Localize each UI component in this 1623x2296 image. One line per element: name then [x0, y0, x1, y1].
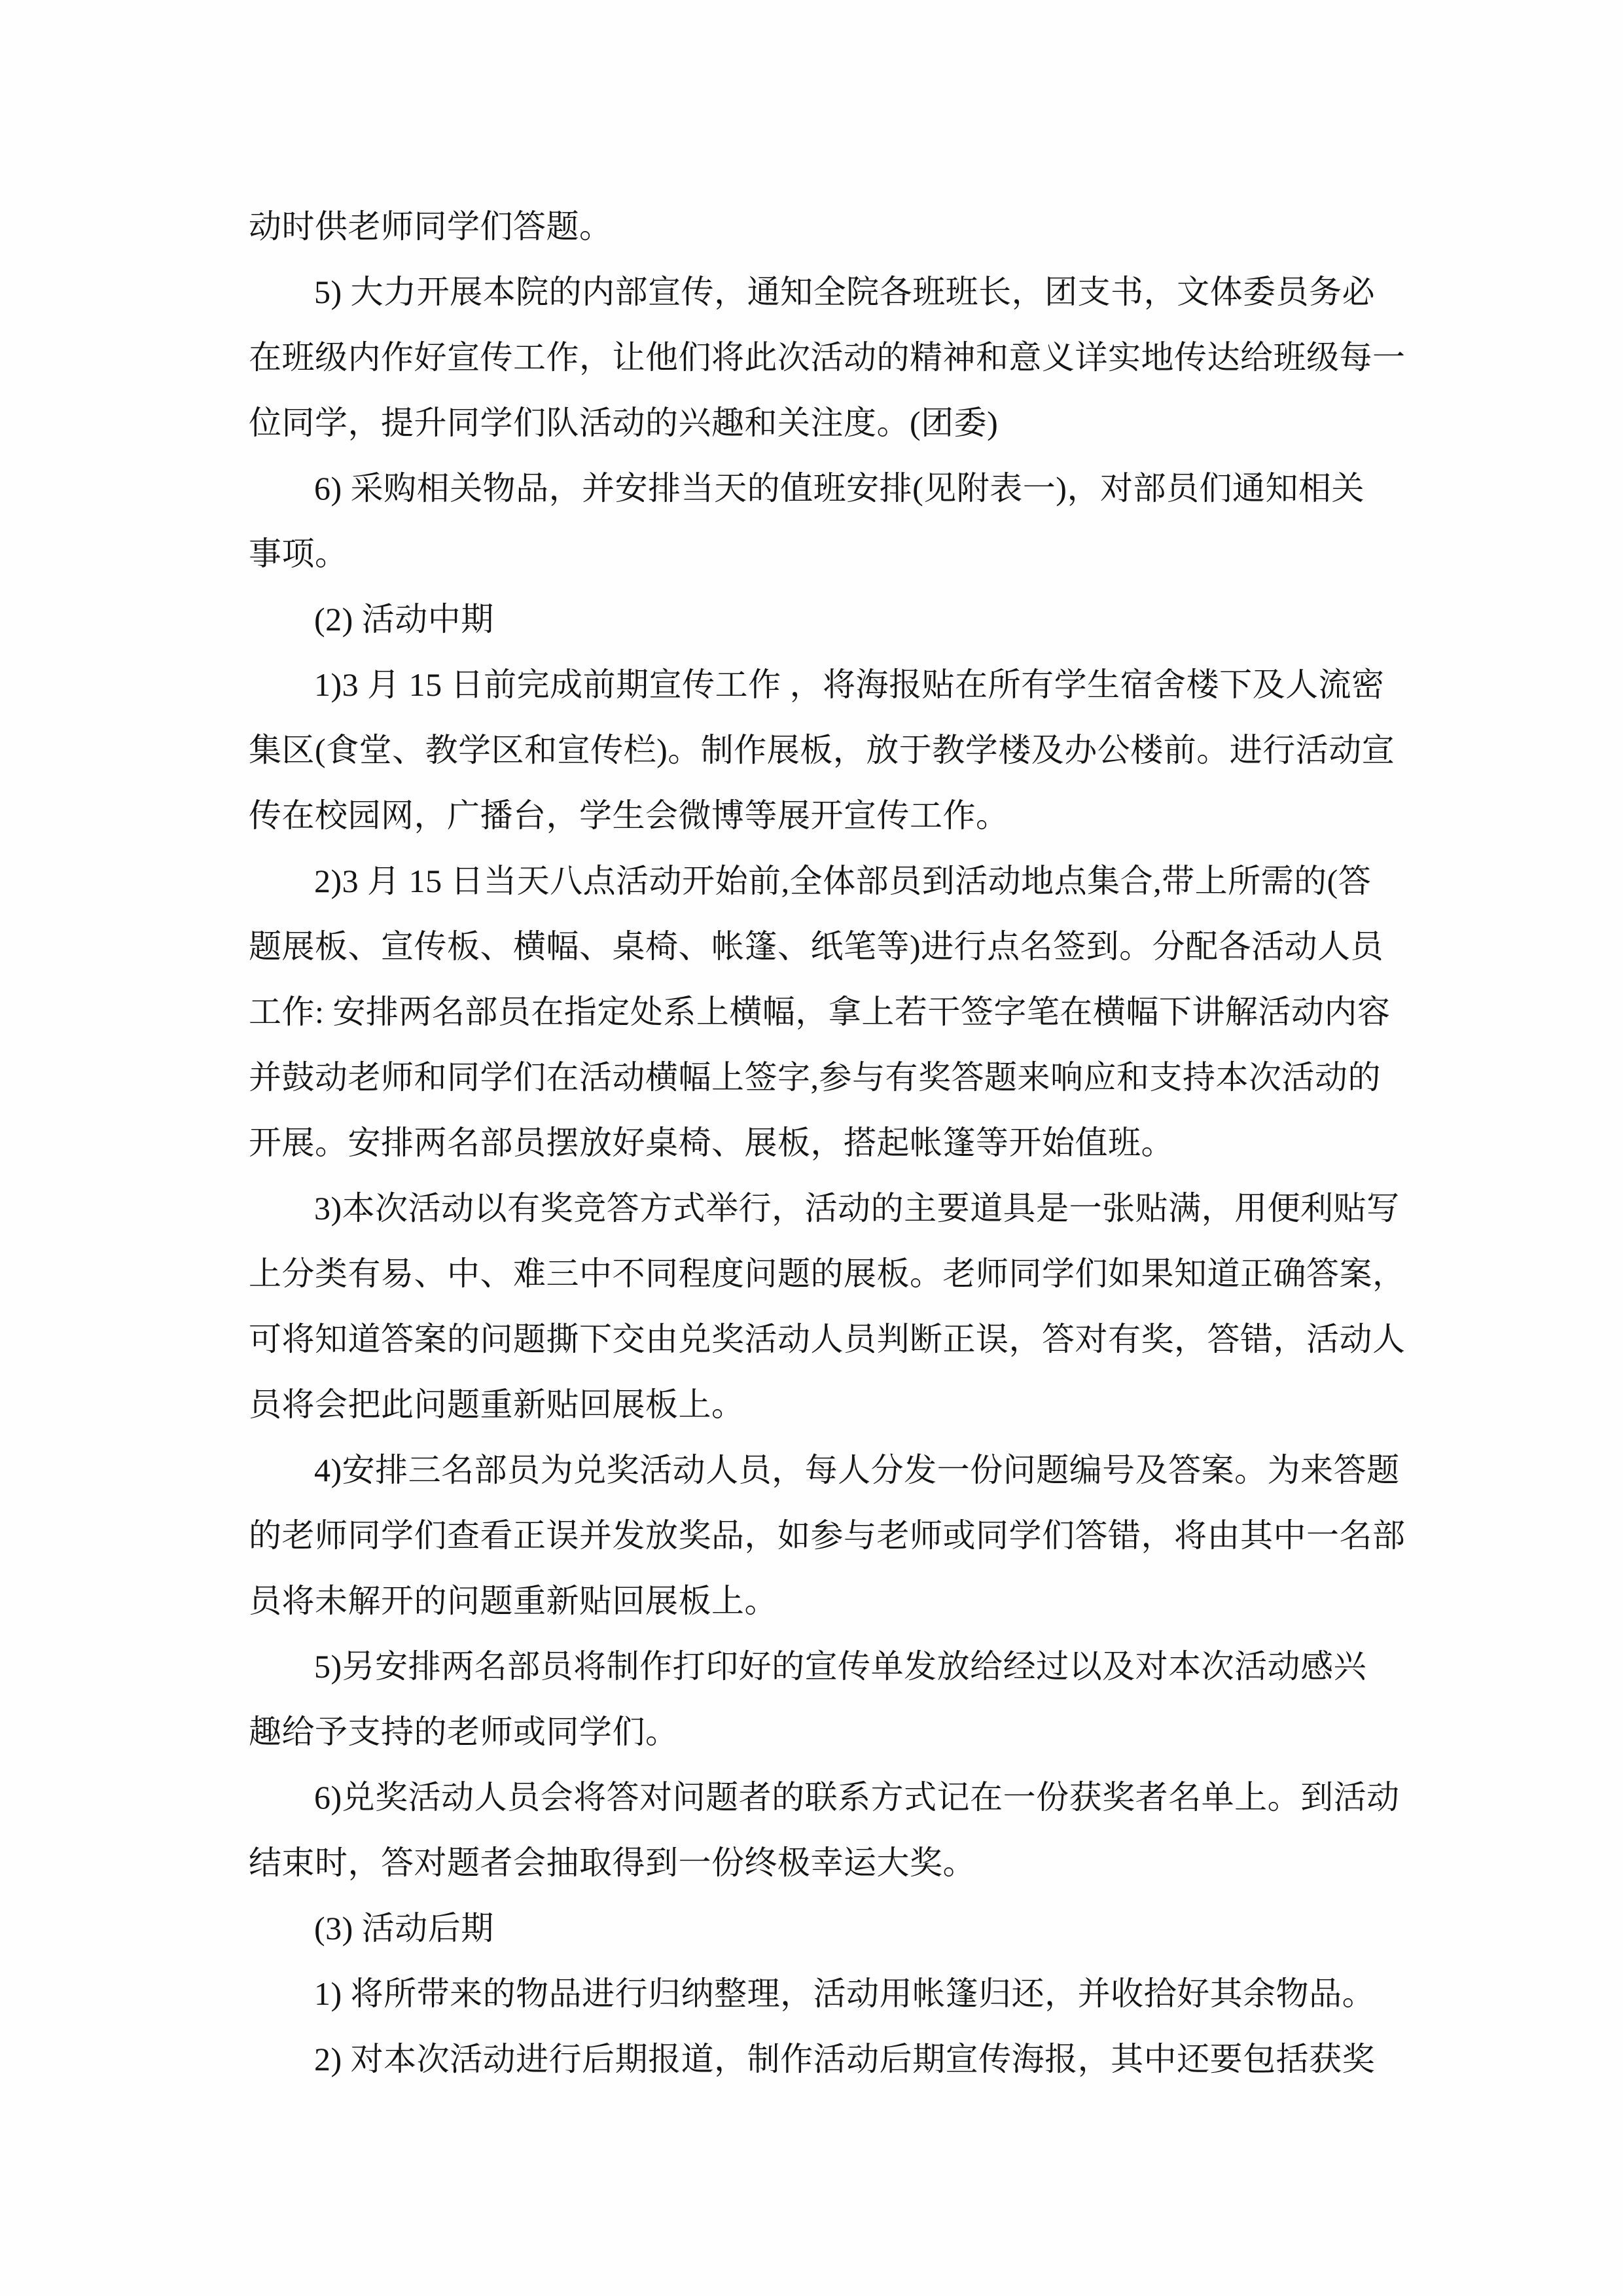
text-line: 6)兑奖活动人员会将答对问题者的联系方式记在一份获奖者名单上。到活动	[249, 1765, 1414, 1830]
text-block: 动时供老师同学们答题。5) 大力开展本院的内部宣传，通知全院各班班长，团支书，文…	[249, 194, 1414, 2092]
text-line: 的老师同学们查看正误并发放奖品，如参与老师或同学们答错，将由其中一名部	[249, 1503, 1414, 1568]
text-line: 工作: 安排两名部员在指定处系上横幅，拿上若干签字笔在横幅下讲解活动内容	[249, 979, 1414, 1045]
text-line: 员将会把此问题重新贴回展板上。	[249, 1372, 1414, 1437]
text-line: 传在校园网，广播台，学生会微博等展开宣传工作。	[249, 783, 1414, 848]
text-line: 题展板、宣传板、横幅、桌椅、帐篷、纸笔等)进行点名签到。分配各活动人员	[249, 914, 1414, 979]
text-line: 6) 采购相关物品，并安排当天的值班安排(见附表一)，对部员们通知相关	[249, 456, 1414, 521]
text-line: 2) 对本次活动进行后期报道，制作活动后期宣传海报，其中还要包括获奖	[249, 2026, 1414, 2092]
text-line: 2)3 月 15 日当天八点活动开始前,全体部员到活动地点集合,带上所需的(答	[249, 848, 1414, 914]
text-line: 动时供老师同学们答题。	[249, 194, 1414, 259]
text-line: 可将知道答案的问题撕下交由兑奖活动人员判断正误，答对有奖，答错，活动人	[249, 1306, 1414, 1372]
text-line: 5)另安排两名部员将制作打印好的宣传单发放给经过以及对本次活动感兴	[249, 1634, 1414, 1699]
text-line: 3)本次活动以有奖竞答方式举行，活动的主要道具是一张贴满，用便利贴写	[249, 1175, 1414, 1241]
text-line: 4)安排三名部员为兑奖活动人员，每人分发一份问题编号及答案。为来答题	[249, 1437, 1414, 1503]
text-line: 在班级内作好宣传工作，让他们将此次活动的精神和意义详实地传达给班级每一	[249, 325, 1414, 390]
text-line: 集区(食堂、教学区和宣传栏)。制作展板，放于教学楼及办公楼前。进行活动宣	[249, 717, 1414, 783]
document-page: 动时供老师同学们答题。5) 大力开展本院的内部宣传，通知全院各班班长，团支书，文…	[0, 0, 1623, 2296]
text-line: 5) 大力开展本院的内部宣传，通知全院各班班长，团支书，文体委员务必	[249, 259, 1414, 325]
text-line: 员将未解开的问题重新贴回展板上。	[249, 1568, 1414, 1634]
text-line: 并鼓动老师和同学们在活动横幅上签字,参与有奖答题来响应和支持本次活动的	[249, 1045, 1414, 1110]
text-line: 开展。安排两名部员摆放好桌椅、展板，搭起帐篷等开始值班。	[249, 1110, 1414, 1175]
text-line: 事项。	[249, 521, 1414, 586]
text-line: 1) 将所带来的物品进行归纳整理，活动用帐篷归还，并收拾好其余物品。	[249, 1961, 1414, 2026]
text-line: 结束时，答对题者会抽取得到一份终极幸运大奖。	[249, 1830, 1414, 1895]
text-line: 位同学，提升同学们队活动的兴趣和关注度。(团委)	[249, 390, 1414, 456]
text-line: 1)3 月 15 日前完成前期宣传工作 ，将海报贴在所有学生宿舍楼下及人流密	[249, 652, 1414, 717]
text-line: (3) 活动后期	[249, 1895, 1414, 1961]
text-line: 趣给予支持的老师或同学们。	[249, 1699, 1414, 1765]
text-line: (2) 活动中期	[249, 586, 1414, 652]
text-line: 上分类有易、中、难三中不同程度问题的展板。老师同学们如果知道正确答案，	[249, 1241, 1414, 1306]
